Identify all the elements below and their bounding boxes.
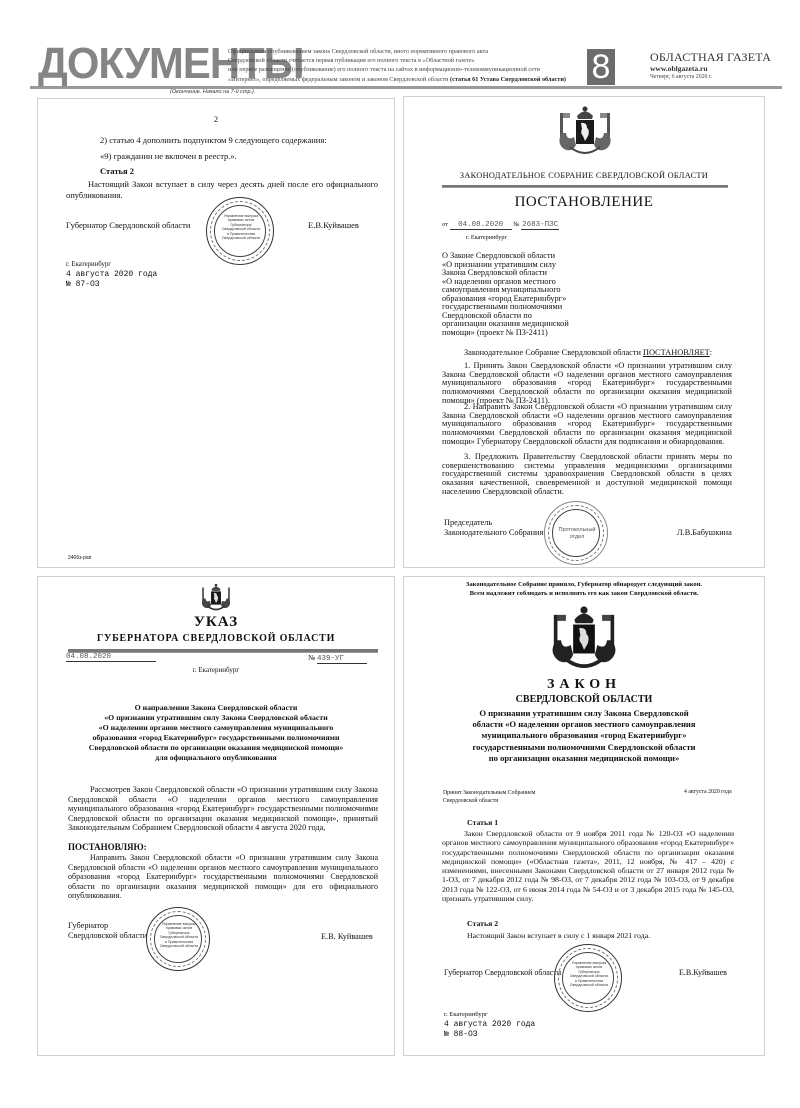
issue-date: Четверг, 6 августа 2020 г. bbox=[650, 74, 712, 80]
footer-code: 2406з-рап bbox=[68, 555, 91, 561]
law-number: № 87-ОЗ bbox=[66, 280, 100, 289]
paper-name: ОБЛАСТНАЯ ГАЗЕТА bbox=[650, 50, 771, 65]
resolution-number: 2683-ПЗС bbox=[521, 221, 559, 230]
amendment-quote: «9) гражданин не включен в реестр.». bbox=[100, 151, 237, 162]
header-rule bbox=[442, 185, 728, 188]
signer-name: Е.В.Куйвашев bbox=[308, 220, 359, 231]
law-date: 4 августа 2020 года bbox=[444, 1020, 535, 1029]
document-type: ЗАКОН bbox=[404, 677, 764, 693]
article-2-title: Статья 2 bbox=[467, 919, 498, 928]
city: г. Екатеринбург bbox=[444, 1011, 488, 1018]
coat-of-arms-icon bbox=[552, 103, 618, 161]
article-2-text: Настоящий Закон вступает в силу с 1 янва… bbox=[467, 931, 650, 940]
signer-name: Е.В.Куйвашев bbox=[679, 968, 727, 977]
paper-site-link[interactable]: www.oblgazeta.ru bbox=[650, 64, 708, 73]
signer-title: Губернатор Свердловской области bbox=[444, 968, 561, 977]
signer-name: Е.В. Куйвашев bbox=[321, 932, 373, 941]
page-label: 2 bbox=[38, 114, 394, 125]
issuer: ГУБЕРНАТОРА СВЕРДЛОВСКОЙ ОБЛАСТИ bbox=[38, 633, 394, 644]
article-2-text: Настоящий Закон вступает в силу через де… bbox=[66, 179, 378, 201]
document-decree-439-ug: УКАЗ ГУБЕРНАТОРА СВЕРДЛОВСКОЙ ОБЛАСТИ 04… bbox=[37, 576, 395, 1056]
resolution-item-2: 2. Направить Закон Свердловской области … bbox=[442, 403, 732, 447]
document-law-88-oz: Законодательное Собрание приняло, Губерн… bbox=[403, 576, 765, 1056]
masthead: ДОКУМЕНТЫ Официальным опубликованием зак… bbox=[30, 40, 782, 89]
resolution-item-3: 3. Предложить Правительству Свердловской… bbox=[442, 453, 732, 497]
document-type: УКАЗ bbox=[38, 614, 394, 631]
resolution-date: 04.08.2020 bbox=[450, 221, 512, 230]
organization-name: ЗАКОНОДАТЕЛЬНОЕ СОБРАНИЕ СВЕРДЛОВСКОЙ ОБ… bbox=[404, 171, 764, 180]
article-2-title: Статья 2 bbox=[100, 166, 134, 177]
official-seal: Управление выпуска правовых актов Губерн… bbox=[206, 197, 274, 265]
document-resolution-2683-pzs: ЗАКОНОДАТЕЛЬНОЕ СОБРАНИЕ СВЕРДЛОВСКОЙ ОБ… bbox=[403, 96, 765, 568]
masthead-description: Официальным опубликованием закона Свердл… bbox=[228, 47, 588, 84]
decree-title: О направлении Закона Свердловской област… bbox=[38, 703, 394, 763]
decree-number: 439-УГ bbox=[317, 655, 367, 664]
official-seal: Управление выпуска правовых актов Губерн… bbox=[146, 907, 210, 971]
official-seal: Управление выпуска правовых актов Губерн… bbox=[554, 944, 622, 1012]
document-law-87-oz-end: 2 2) статью 4 дополнить подпунктом 9 сле… bbox=[37, 98, 395, 568]
resolution-item-1: 1. Принять Закон Свердловской области «О… bbox=[442, 362, 732, 406]
amendment-line: 2) статью 4 дополнить подпунктом 9 следу… bbox=[100, 135, 327, 146]
city: г. Екатеринбург bbox=[38, 666, 394, 674]
adopted-by: Принят Законодательным Собранием Свердло… bbox=[443, 789, 535, 805]
subject-block: О Законе Свердловской области «О признан… bbox=[442, 252, 569, 337]
decree-keyword: ПОСТАНОВЛЯЮ: bbox=[68, 842, 147, 852]
coat-of-arms-icon bbox=[196, 582, 236, 614]
adopted-date: 4 августа 2020 года bbox=[684, 789, 732, 795]
signer-title: Губернатор Свердловской области bbox=[68, 921, 147, 941]
signer-name: Л.В.Бабушкина bbox=[677, 528, 732, 537]
law-number: № 88-ОЗ bbox=[444, 1030, 478, 1039]
issuer: СВЕРДЛОВСКОЙ ОБЛАСТИ bbox=[404, 694, 764, 705]
article-1-text: Закон Свердловской области от 9 ноября 2… bbox=[442, 829, 734, 903]
decree-number-line: № 439-УГ bbox=[308, 653, 367, 664]
document-type: ПОСТАНОВЛЕНИЕ bbox=[404, 194, 764, 211]
decree-date: 04.08.2020 bbox=[66, 653, 156, 662]
city: г. Екатеринбург bbox=[466, 234, 507, 241]
law-title: О признании утратившим силу Закона Сверд… bbox=[404, 708, 764, 764]
decree-intro: Рассмотрев Закон Свердловской области «О… bbox=[68, 785, 378, 833]
article-1-title: Статья 1 bbox=[467, 818, 498, 827]
continued-note: (Окончание. Начало на 7-й стр.). bbox=[170, 89, 255, 95]
city: г. Екатеринбург bbox=[66, 261, 111, 268]
preamble: Законодательное Собрание Свердловской об… bbox=[464, 348, 712, 357]
date-line: от 04.08.2020 № 2683-ПЗС bbox=[442, 221, 559, 230]
signer-title: Председатель Законодательного Собрания bbox=[444, 518, 543, 538]
coat-of-arms-icon bbox=[544, 604, 624, 674]
proclamation: Законодательное Собрание приняло, Губерн… bbox=[404, 580, 764, 598]
decree-body: Направить Закон Свердловской области «О … bbox=[68, 853, 378, 901]
page-number: 8 bbox=[587, 49, 615, 85]
signer-title: Губернатор Свердловской области bbox=[66, 220, 190, 231]
protocol-seal: Протокольный отдел bbox=[544, 501, 608, 565]
law-date: 4 августа 2020 года bbox=[66, 270, 157, 279]
